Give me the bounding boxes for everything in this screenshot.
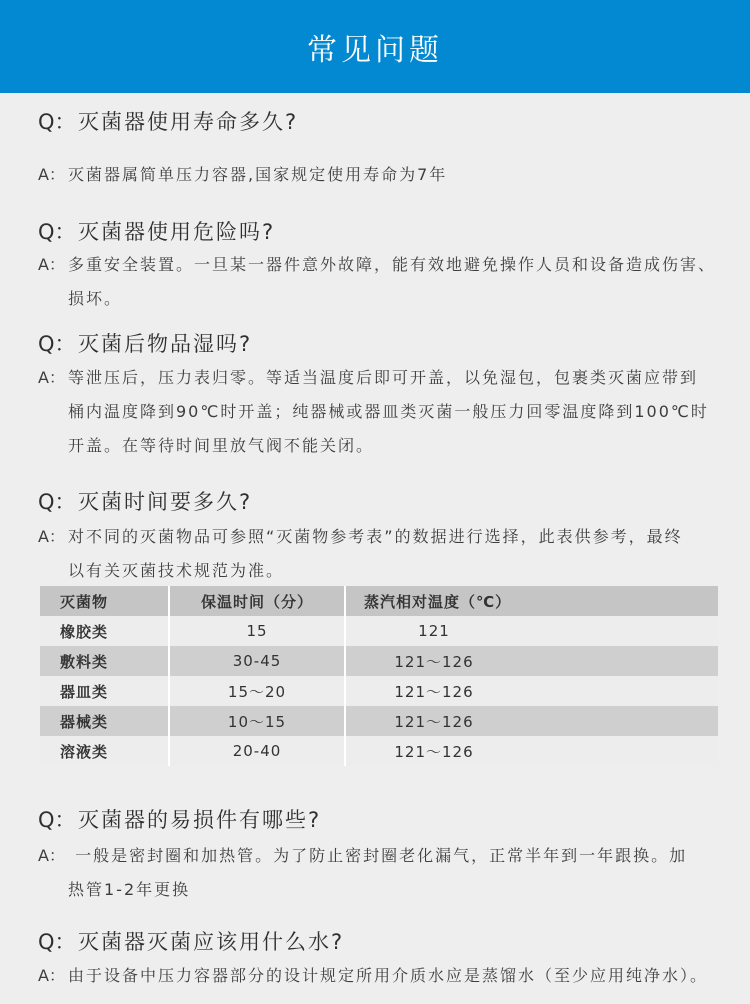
cell-time: 15: [169, 616, 345, 646]
answer-prefix: A：: [38, 158, 68, 192]
answer-prefix: A：: [38, 520, 68, 554]
cell-item: 器械类: [40, 706, 169, 736]
faq-answer-4: A： 对不同的灭菌物品可参照“灭菌物参考表”的数据进行选择，此表供参考，最终 以…: [38, 520, 683, 588]
cell-time: 20-40: [169, 736, 345, 766]
answer-text: 灭菌器属简单压力容器,国家规定使用寿命为7年: [68, 158, 447, 192]
faq-question-1: Q： 灭菌器使用寿命多久?: [38, 107, 298, 137]
table-row: 器械类 10～15 121～126: [40, 706, 718, 736]
cell-item: 溶液类: [40, 736, 169, 766]
question-text: 灭菌时间要多久?: [78, 487, 252, 517]
answer-prefix: A：: [38, 361, 68, 395]
cell-temp: 121～126: [345, 676, 718, 706]
answer-prefix: A：: [38, 839, 68, 873]
cell-item: 敷料类: [40, 646, 169, 676]
question-text: 灭菌器灭菌应该用什么水?: [78, 927, 344, 957]
table-row: 橡胶类 15 121: [40, 616, 718, 646]
cell-item: 橡胶类: [40, 616, 169, 646]
faq-answer-5: A： 一般是密封圈和加热管。为了防止密封圈老化漏气，正常半年到一年跟换。加 热管…: [38, 839, 687, 907]
faq-content: Q： 灭菌器使用寿命多久? A： 灭菌器属简单压力容器,国家规定使用寿命为7年 …: [0, 0, 750, 1004]
question-text: 灭菌器使用寿命多久?: [78, 107, 298, 137]
col-header-holding-time: 保温时间（分）: [169, 586, 345, 616]
question-prefix: Q：: [38, 329, 78, 359]
faq-question-3: Q： 灭菌后物品湿吗?: [38, 329, 252, 359]
sterilization-reference-table: 灭菌物 保温时间（分） 蒸汽相对温度（℃） 橡胶类 15 121 敷料类 30-…: [40, 586, 718, 766]
faq-question-2: Q： 灭菌器使用危险吗?: [38, 217, 275, 247]
cell-time: 30-45: [169, 646, 345, 676]
question-prefix: Q：: [38, 805, 78, 835]
answer-prefix: A：: [38, 248, 68, 282]
question-text: 灭菌器使用危险吗?: [78, 217, 275, 247]
answer-prefix: A：: [38, 959, 68, 993]
cell-time: 10～15: [169, 706, 345, 736]
answer-text: 多重安全装置。一旦某一器件意外故障，能有效地避免操作人员和设备造成伤害、 损坏。: [68, 248, 716, 316]
table-row: 器皿类 15～20 121～126: [40, 676, 718, 706]
cell-temp: 121: [345, 616, 718, 646]
question-text: 灭菌器的易损件有哪些?: [78, 805, 321, 835]
faq-answer-1: A： 灭菌器属简单压力容器,国家规定使用寿命为7年: [38, 158, 447, 192]
faq-question-4: Q： 灭菌时间要多久?: [38, 487, 252, 517]
cell-time: 15～20: [169, 676, 345, 706]
question-prefix: Q：: [38, 487, 78, 517]
cell-temp: 121～126: [345, 706, 718, 736]
col-header-item: 灭菌物: [40, 586, 169, 616]
faq-question-5: Q： 灭菌器的易损件有哪些?: [38, 805, 321, 835]
question-prefix: Q：: [38, 217, 78, 247]
cell-temp: 121～126: [345, 646, 718, 676]
answer-text: 等泄压后，压力表归零。等适当温度后即可开盖，以免湿包，包裹类灭菌应带到 桶内温度…: [68, 361, 709, 463]
answer-text: 对不同的灭菌物品可参照“灭菌物参考表”的数据进行选择，此表供参考，最终 以有关灭…: [68, 520, 683, 588]
faq-answer-6: A： 由于设备中压力容器部分的设计规定所用介质水应是蒸馏水（至少应用纯净水）。: [38, 959, 708, 993]
question-prefix: Q：: [38, 927, 78, 957]
question-prefix: Q：: [38, 107, 78, 137]
answer-text: 一般是密封圈和加热管。为了防止密封圈老化漏气，正常半年到一年跟换。加 热管1-2…: [68, 839, 687, 907]
table-row: 溶液类 20-40 121～126: [40, 736, 718, 766]
table-header-row: 灭菌物 保温时间（分） 蒸汽相对温度（℃）: [40, 586, 718, 616]
answer-text: 由于设备中压力容器部分的设计规定所用介质水应是蒸馏水（至少应用纯净水）。: [68, 959, 708, 993]
table-row: 敷料类 30-45 121～126: [40, 646, 718, 676]
question-text: 灭菌后物品湿吗?: [78, 329, 252, 359]
table-header: 灭菌物 保温时间（分） 蒸汽相对温度（℃）: [40, 586, 718, 616]
col-header-steam-temp: 蒸汽相对温度（℃）: [345, 586, 718, 616]
faq-question-6: Q： 灭菌器灭菌应该用什么水?: [38, 927, 344, 957]
faq-answer-3: A： 等泄压后，压力表归零。等适当温度后即可开盖，以免湿包，包裹类灭菌应带到 桶…: [38, 361, 709, 463]
faq-answer-2: A： 多重安全装置。一旦某一器件意外故障，能有效地避免操作人员和设备造成伤害、 …: [38, 248, 716, 316]
cell-temp: 121～126: [345, 736, 718, 766]
cell-item: 器皿类: [40, 676, 169, 706]
